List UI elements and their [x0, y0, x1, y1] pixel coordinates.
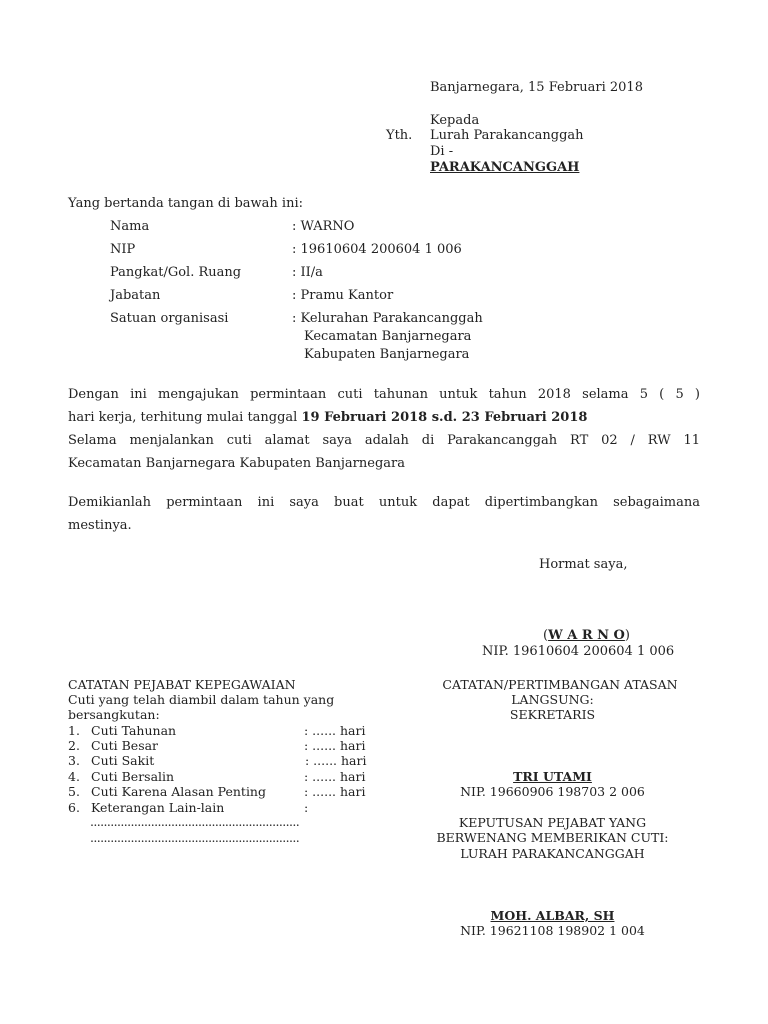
identity-value-extra: Kecamatan Banjarnegara: [304, 329, 471, 344]
decision-title: LURAH PARAKANCANGGAH: [400, 846, 705, 862]
item-value: : ...... hari: [304, 769, 365, 785]
recipient: Lurah Parakancanggah: [430, 128, 584, 143]
item-number: 2.: [68, 738, 80, 754]
closing-salutation: Hormat saya,: [539, 557, 627, 572]
signer-name: W A R N O: [548, 628, 625, 643]
paragraph-line: Selama menjalankan cuti alamat saya adal…: [68, 429, 700, 452]
supervisor-name: TRI UTAMI: [400, 769, 705, 785]
signer-name-block: (W A R N O): [543, 628, 630, 643]
paragraph-line: Demikianlah permintaan ini saya buat unt…: [68, 491, 700, 514]
paragraph-line: mestinya.: [68, 514, 700, 537]
yth-label: Yth.: [386, 128, 412, 143]
leave-period: 19 Februari 2018 s.d. 23 Februari 2018: [301, 410, 587, 425]
paragraph-line: Dengan ini mengajukan permintaan cuti ta…: [68, 383, 700, 406]
paragraph-line: Kecamatan Banjarnegara Kabupaten Banjarn…: [68, 452, 700, 475]
item-value: : ...... hari: [305, 753, 366, 769]
paragraph-text: hari kerja, terhitung mulai tanggal: [68, 410, 301, 425]
decision-title: BERWENANG MEMBERIKAN CUTI:: [400, 830, 705, 846]
paren: ): [625, 628, 630, 643]
item-label: Cuti Bersalin: [91, 769, 174, 785]
item-value: : ...... hari: [304, 723, 365, 739]
identity-value-extra: Kabupaten Banjarnegara: [304, 347, 469, 362]
item-label: Cuti Besar: [91, 738, 158, 754]
to-prefix: Kepada: [430, 113, 479, 128]
item-number: 3.: [68, 753, 80, 769]
signer-nip: NIP. 19610604 200604 1 006: [482, 644, 674, 659]
identity-value: : 19610604 200604 1 006: [292, 242, 462, 257]
records-subtitle: bersangkutan:: [68, 707, 160, 723]
identity-value: : II/a: [292, 265, 323, 280]
item-value: : ...... hari: [304, 784, 365, 800]
item-label: Cuti Sakit: [91, 753, 154, 769]
closing-paragraph: Demikianlah permintaan ini saya buat unt…: [68, 491, 700, 537]
notes-dotted-line: ........................................…: [90, 830, 299, 846]
identity-label: Satuan organisasi: [110, 311, 228, 326]
identity-value: : Kelurahan Parakancanggah: [292, 311, 483, 326]
records-subtitle: Cuti yang telah diambil dalam tahun yang: [68, 692, 334, 708]
records-title: CATATAN PEJABAT KEPEGAWAIAN: [68, 677, 296, 693]
request-paragraph: Dengan ini mengajukan permintaan cuti ta…: [68, 383, 700, 475]
identity-label: Jabatan: [110, 288, 160, 303]
identity-label: Pangkat/Gol. Ruang: [110, 265, 241, 280]
decision-official-name: MOH. ALBAR, SH: [400, 908, 705, 924]
item-number: 6.: [68, 800, 80, 816]
supervisor-title: LANGSUNG:: [400, 692, 705, 708]
notes-dotted-line: ........................................…: [90, 814, 299, 830]
di-label: Di -: [430, 144, 453, 159]
item-value: :: [304, 800, 308, 816]
item-number: 4.: [68, 769, 80, 785]
item-number: 1.: [68, 723, 80, 739]
supervisor-title: CATATAN/PERTIMBANGAN ATASAN: [400, 677, 720, 693]
item-label: Cuti Tahunan: [91, 723, 176, 739]
identity-label: NIP: [110, 242, 135, 257]
recipient-location: PARAKANCANGGAH: [430, 160, 579, 175]
decision-title: KEPUTUSAN PEJABAT YANG: [400, 815, 705, 831]
identity-value: : Pramu Kantor: [292, 288, 393, 303]
place-date: Banjarnegara, 15 Februari 2018: [430, 80, 643, 95]
identity-value: : WARNO: [292, 219, 354, 234]
item-value: : ...... hari: [304, 738, 365, 754]
intro-text: Yang bertanda tangan di bawah ini:: [68, 196, 303, 211]
item-number: 5.: [68, 784, 80, 800]
supervisor-nip: NIP. 19660906 198703 2 006: [400, 784, 705, 800]
decision-official-nip: NIP. 19621108 198902 1 004: [400, 923, 705, 939]
paragraph-line: hari kerja, terhitung mulai tanggal 19 F…: [68, 406, 700, 429]
identity-label: Nama: [110, 219, 149, 234]
supervisor-title: SEKRETARIS: [400, 707, 705, 723]
item-label: Cuti Karena Alasan Penting: [91, 784, 266, 800]
